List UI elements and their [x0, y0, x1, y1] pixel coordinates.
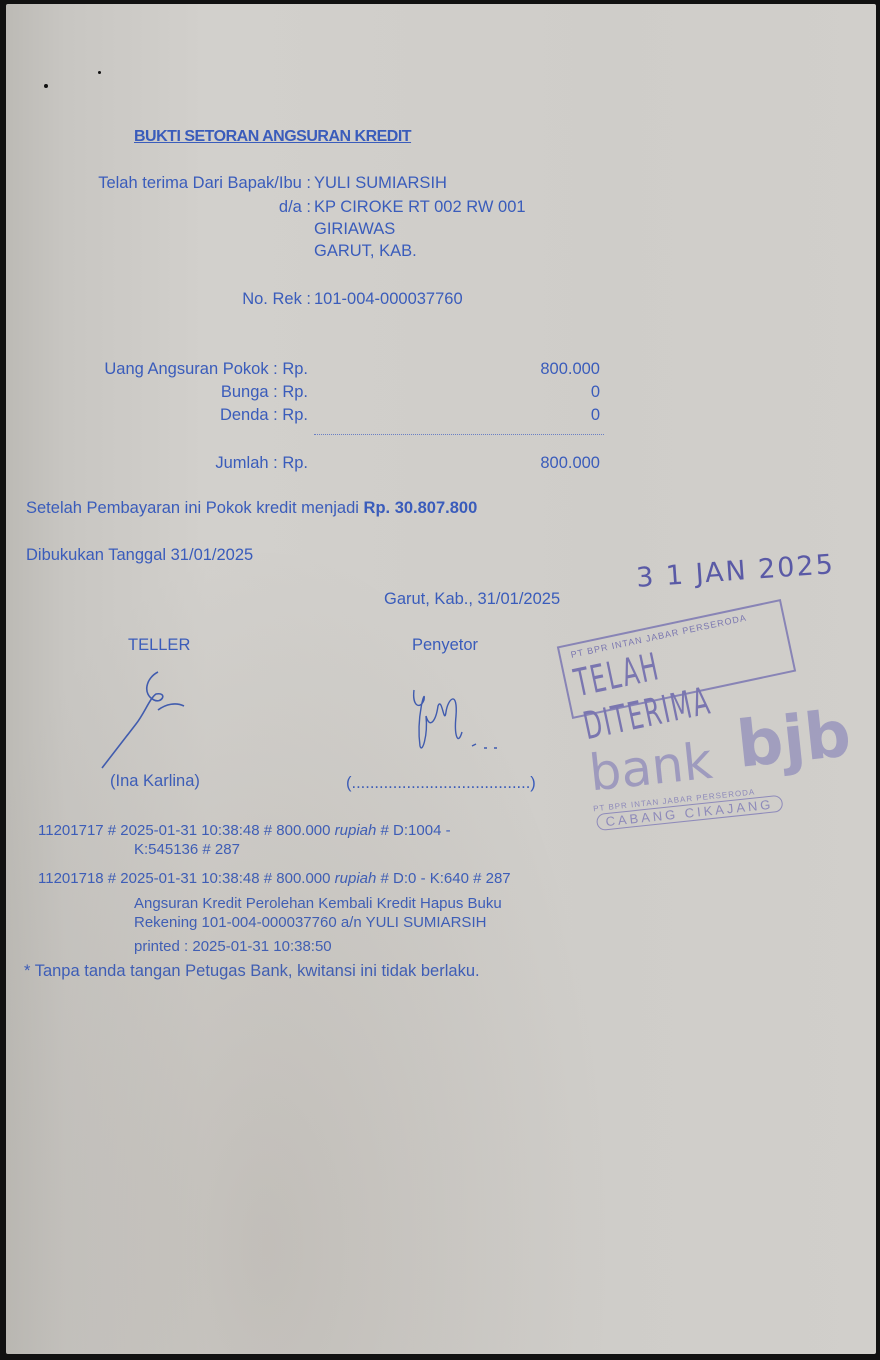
bank-stamp-word: bank — [586, 732, 714, 803]
booked-date: Dibukukan Tanggal 31/01/2025 — [26, 546, 253, 565]
account-label: No. Rek : — [242, 290, 311, 309]
bank-stamp: bank bjb PT BPR INTAN JABAR PERSERODA CA… — [584, 700, 835, 844]
principal-value: 800.000 — [540, 360, 600, 379]
receipt-paper: BUKTI SETORAN ANGSURAN KREDIT Telah teri… — [6, 4, 876, 1354]
interest-label: Bunga : Rp. — [221, 383, 308, 402]
depositor-signature — [402, 676, 512, 766]
remaining-balance-amount: Rp. 30.807.800 — [364, 499, 478, 517]
place-date: Garut, Kab., 31/01/2025 — [384, 590, 560, 609]
teller-signature — [96, 664, 206, 774]
teller-label: TELLER — [128, 636, 190, 655]
interest-value: 0 — [591, 383, 600, 402]
transaction-2-text: 11201718 # 2025-01-31 10:38:48 # 800.000 — [38, 870, 331, 887]
disclaimer: * Tanpa tanda tangan Petugas Bank, kwita… — [24, 962, 480, 981]
dust-speck — [98, 71, 101, 74]
transaction-1-cont: K:545136 # 287 — [134, 841, 240, 858]
teller-name: (Ina Karlina) — [110, 772, 200, 791]
address-line-2: GIRIAWAS — [314, 220, 395, 239]
received-from-label: Telah terima Dari Bapak/Ibu : — [98, 174, 311, 193]
remaining-balance: Setelah Pembayaran ini Pokok kredit menj… — [26, 499, 477, 518]
transaction-1-accounts: # D:1004 - — [381, 822, 451, 839]
customer-name: YULI SUMIARSIH — [314, 174, 447, 193]
date-stamp: 3 1 JAN 2025 — [635, 549, 836, 594]
penalty-label: Denda : Rp. — [220, 406, 308, 425]
transaction-1: 11201717 # 2025-01-31 10:38:48 # 800.000… — [38, 822, 451, 839]
transaction-2-accounts: # D:0 - K:640 # 287 — [381, 870, 511, 887]
total-label: Jumlah : Rp. — [215, 454, 308, 473]
principal-label: Uang Angsuran Pokok : Rp. — [104, 360, 308, 379]
dust-speck — [44, 84, 48, 88]
remaining-balance-text: Setelah Pembayaran ini Pokok kredit menj… — [26, 499, 359, 517]
bank-stamp-company: PT BPR INTAN JABAR PERSERODA — [593, 787, 756, 813]
received-stamp-text: TELAH DITERIMA — [570, 634, 720, 748]
address-label: d/a : — [279, 198, 311, 217]
penalty-value: 0 — [591, 406, 600, 425]
depositor-label: Penyetor — [412, 636, 478, 655]
bank-logo-icon: bjb — [734, 697, 855, 782]
description-line-2: Rekening 101-004-000037760 a/n YULI SUMI… — [134, 914, 486, 931]
depositor-name: (.......................................… — [346, 774, 536, 793]
total-value: 800.000 — [540, 454, 600, 473]
description-line-1: Angsuran Kredit Perolehan Kembali Kredit… — [134, 895, 502, 912]
received-stamp-company: PT BPR INTAN JABAR PERSERODA — [570, 613, 748, 660]
received-stamp: PT BPR INTAN JABAR PERSERODA TELAH DITER… — [557, 599, 796, 719]
transaction-2-unit: rupiah — [335, 870, 377, 887]
document-title: BUKTI SETORAN ANGSURAN KREDIT — [134, 128, 411, 146]
transaction-1-text: 11201717 # 2025-01-31 10:38:48 # 800.000 — [38, 822, 331, 839]
total-divider — [314, 434, 604, 435]
account-number: 101-004-000037760 — [314, 290, 463, 309]
printed-timestamp: printed : 2025-01-31 10:38:50 — [134, 938, 332, 955]
address-line-1: KP CIROKE RT 002 RW 001 — [314, 198, 526, 217]
transaction-1-unit: rupiah — [335, 822, 377, 839]
address-line-3: GARUT, KAB. — [314, 242, 417, 261]
bank-stamp-branch: CABANG CIKAJANG — [596, 795, 783, 831]
transaction-2: 11201718 # 2025-01-31 10:38:48 # 800.000… — [38, 870, 511, 887]
